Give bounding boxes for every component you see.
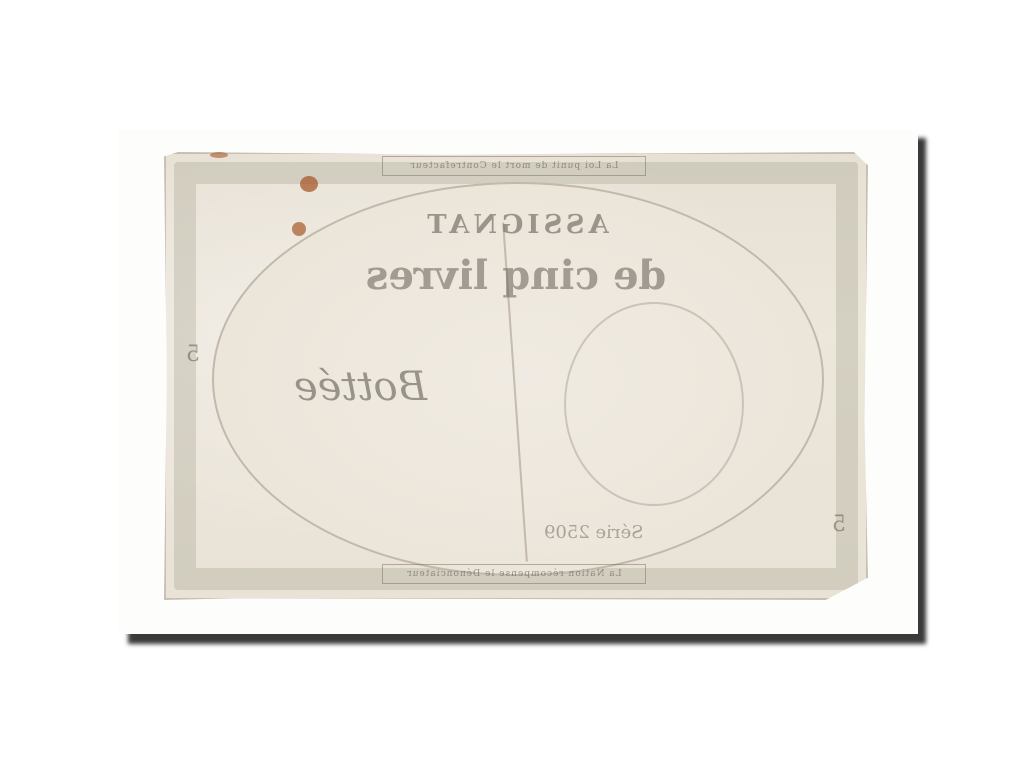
bottom-cartouche: La Nation récompense le Dénonciateur bbox=[382, 564, 646, 584]
serie-number: Série 2509 bbox=[544, 522, 644, 543]
corner-numeral-right: 5 bbox=[832, 512, 846, 537]
corner-numeral-left: 5 bbox=[186, 342, 200, 367]
rust-stain bbox=[300, 176, 318, 192]
banknote: La Loi punit de mort le Contrefacteur AS… bbox=[164, 152, 868, 600]
rust-stain bbox=[292, 222, 306, 236]
note-title: ASSIGNAT bbox=[164, 210, 868, 240]
top-cartouche: La Loi punit de mort le Contrefacteur bbox=[382, 156, 646, 176]
note-denomination: de cinq livres bbox=[164, 252, 868, 299]
rust-stain bbox=[210, 152, 228, 158]
signature: Bottée bbox=[294, 364, 427, 410]
dry-seal bbox=[564, 302, 744, 506]
